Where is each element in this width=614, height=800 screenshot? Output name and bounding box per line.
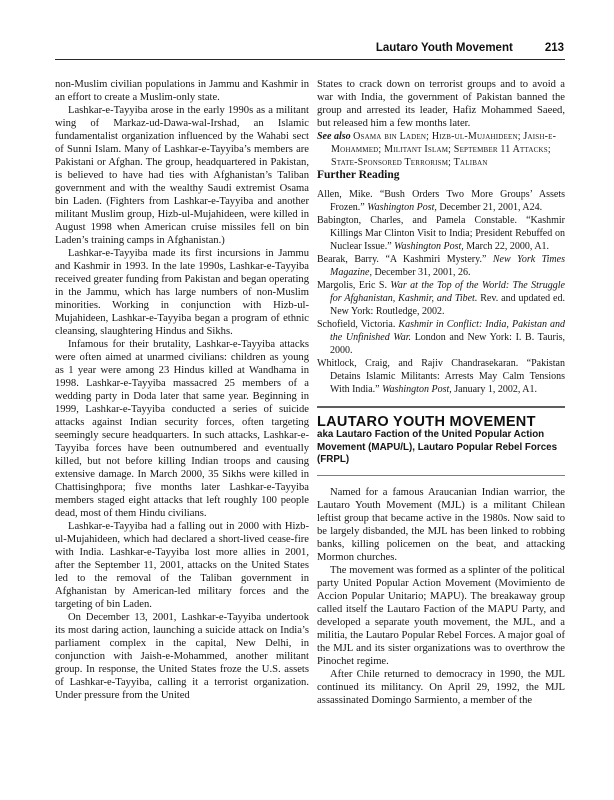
reference-text: Bearak, Barry. “A Kashmiri Mystery.” <box>317 254 493 265</box>
paragraph: States to crack down on terrorist groups… <box>317 78 565 130</box>
running-head-title: Lautaro Youth Movement <box>376 42 513 54</box>
paragraph: The movement was formed as a splinter of… <box>317 564 565 668</box>
reference: Bearak, Barry. “A Kashmiri Mystery.” New… <box>317 253 565 279</box>
paragraph: Infamous for their brutality, Lashkar-e-… <box>55 338 309 520</box>
reference: Babington, Charles, and Pamela Constable… <box>317 214 565 253</box>
reference: Margolis, Eric S. War at the Top of the … <box>317 279 565 318</box>
paragraph: non-Muslim civilian populations in Jammu… <box>55 78 309 104</box>
entry-title: LAUTARO YOUTH MOVEMENT <box>317 416 565 429</box>
reference: Allen, Mike. “Bush Orders Two More Group… <box>317 188 565 214</box>
page-number: 213 <box>545 42 564 54</box>
reference-title: Washington Post, <box>394 241 464 252</box>
paragraph: Lashkar-e-Tayyiba had a falling out in 2… <box>55 520 309 611</box>
entry-header: LAUTARO YOUTH MOVEMENT aka Lautaro Facti… <box>317 406 565 476</box>
see-also-items: Osama bin Laden; Hizb-ul-Mujahideen; Jai… <box>331 131 556 168</box>
paragraph: Named for a famous Araucanian Indian war… <box>317 486 565 564</box>
reference-text: Schofield, Victoria. <box>317 319 398 330</box>
reference: Schofield, Victoria. Kashmir in Conflict… <box>317 318 565 357</box>
reference-text: December 31, 2001, 26. <box>372 267 471 278</box>
paragraph: On December 13, 2001, Lashkar-e-Tayyiba … <box>55 611 309 702</box>
paragraph: Lashkar-e-Tayyiba arose in the early 199… <box>55 104 309 247</box>
reference-title: Washington Post, <box>367 202 437 213</box>
reference: Whitlock, Craig, and Rajiv Chandrasekara… <box>317 357 565 396</box>
reference-text: Margolis, Eric S. <box>317 280 390 291</box>
left-column: non-Muslim civilian populations in Jammu… <box>55 78 309 702</box>
reference-text: March 22, 2000, A1. <box>464 241 549 252</box>
header-rule <box>55 59 565 60</box>
reference-title: Washington Post, <box>382 384 452 395</box>
reference-text: December 21, 2001, A24. <box>437 202 542 213</box>
see-also-label: See also <box>317 131 353 142</box>
paragraph: After Chile returned to democracy in 199… <box>317 668 565 707</box>
entry-subtitle: aka Lautaro Faction of the United Popula… <box>317 429 565 467</box>
paragraph: Lashkar-e-Tayyiba made its first incursi… <box>55 247 309 338</box>
running-head: Lautaro Youth Movement 213 <box>376 42 564 54</box>
reference-text: January 1, 2002, A1. <box>452 384 537 395</box>
reference-list: Allen, Mike. “Bush Orders Two More Group… <box>317 188 565 396</box>
further-reading-heading: Further Reading <box>317 169 565 182</box>
right-column: States to crack down on terrorist groups… <box>317 78 565 707</box>
book-page: Lautaro Youth Movement 213 non-Muslim ci… <box>0 0 614 800</box>
see-also-block: See also Osama bin Laden; Hizb-ul-Mujahi… <box>317 130 565 169</box>
entry-body: Named for a famous Araucanian Indian war… <box>317 486 565 707</box>
